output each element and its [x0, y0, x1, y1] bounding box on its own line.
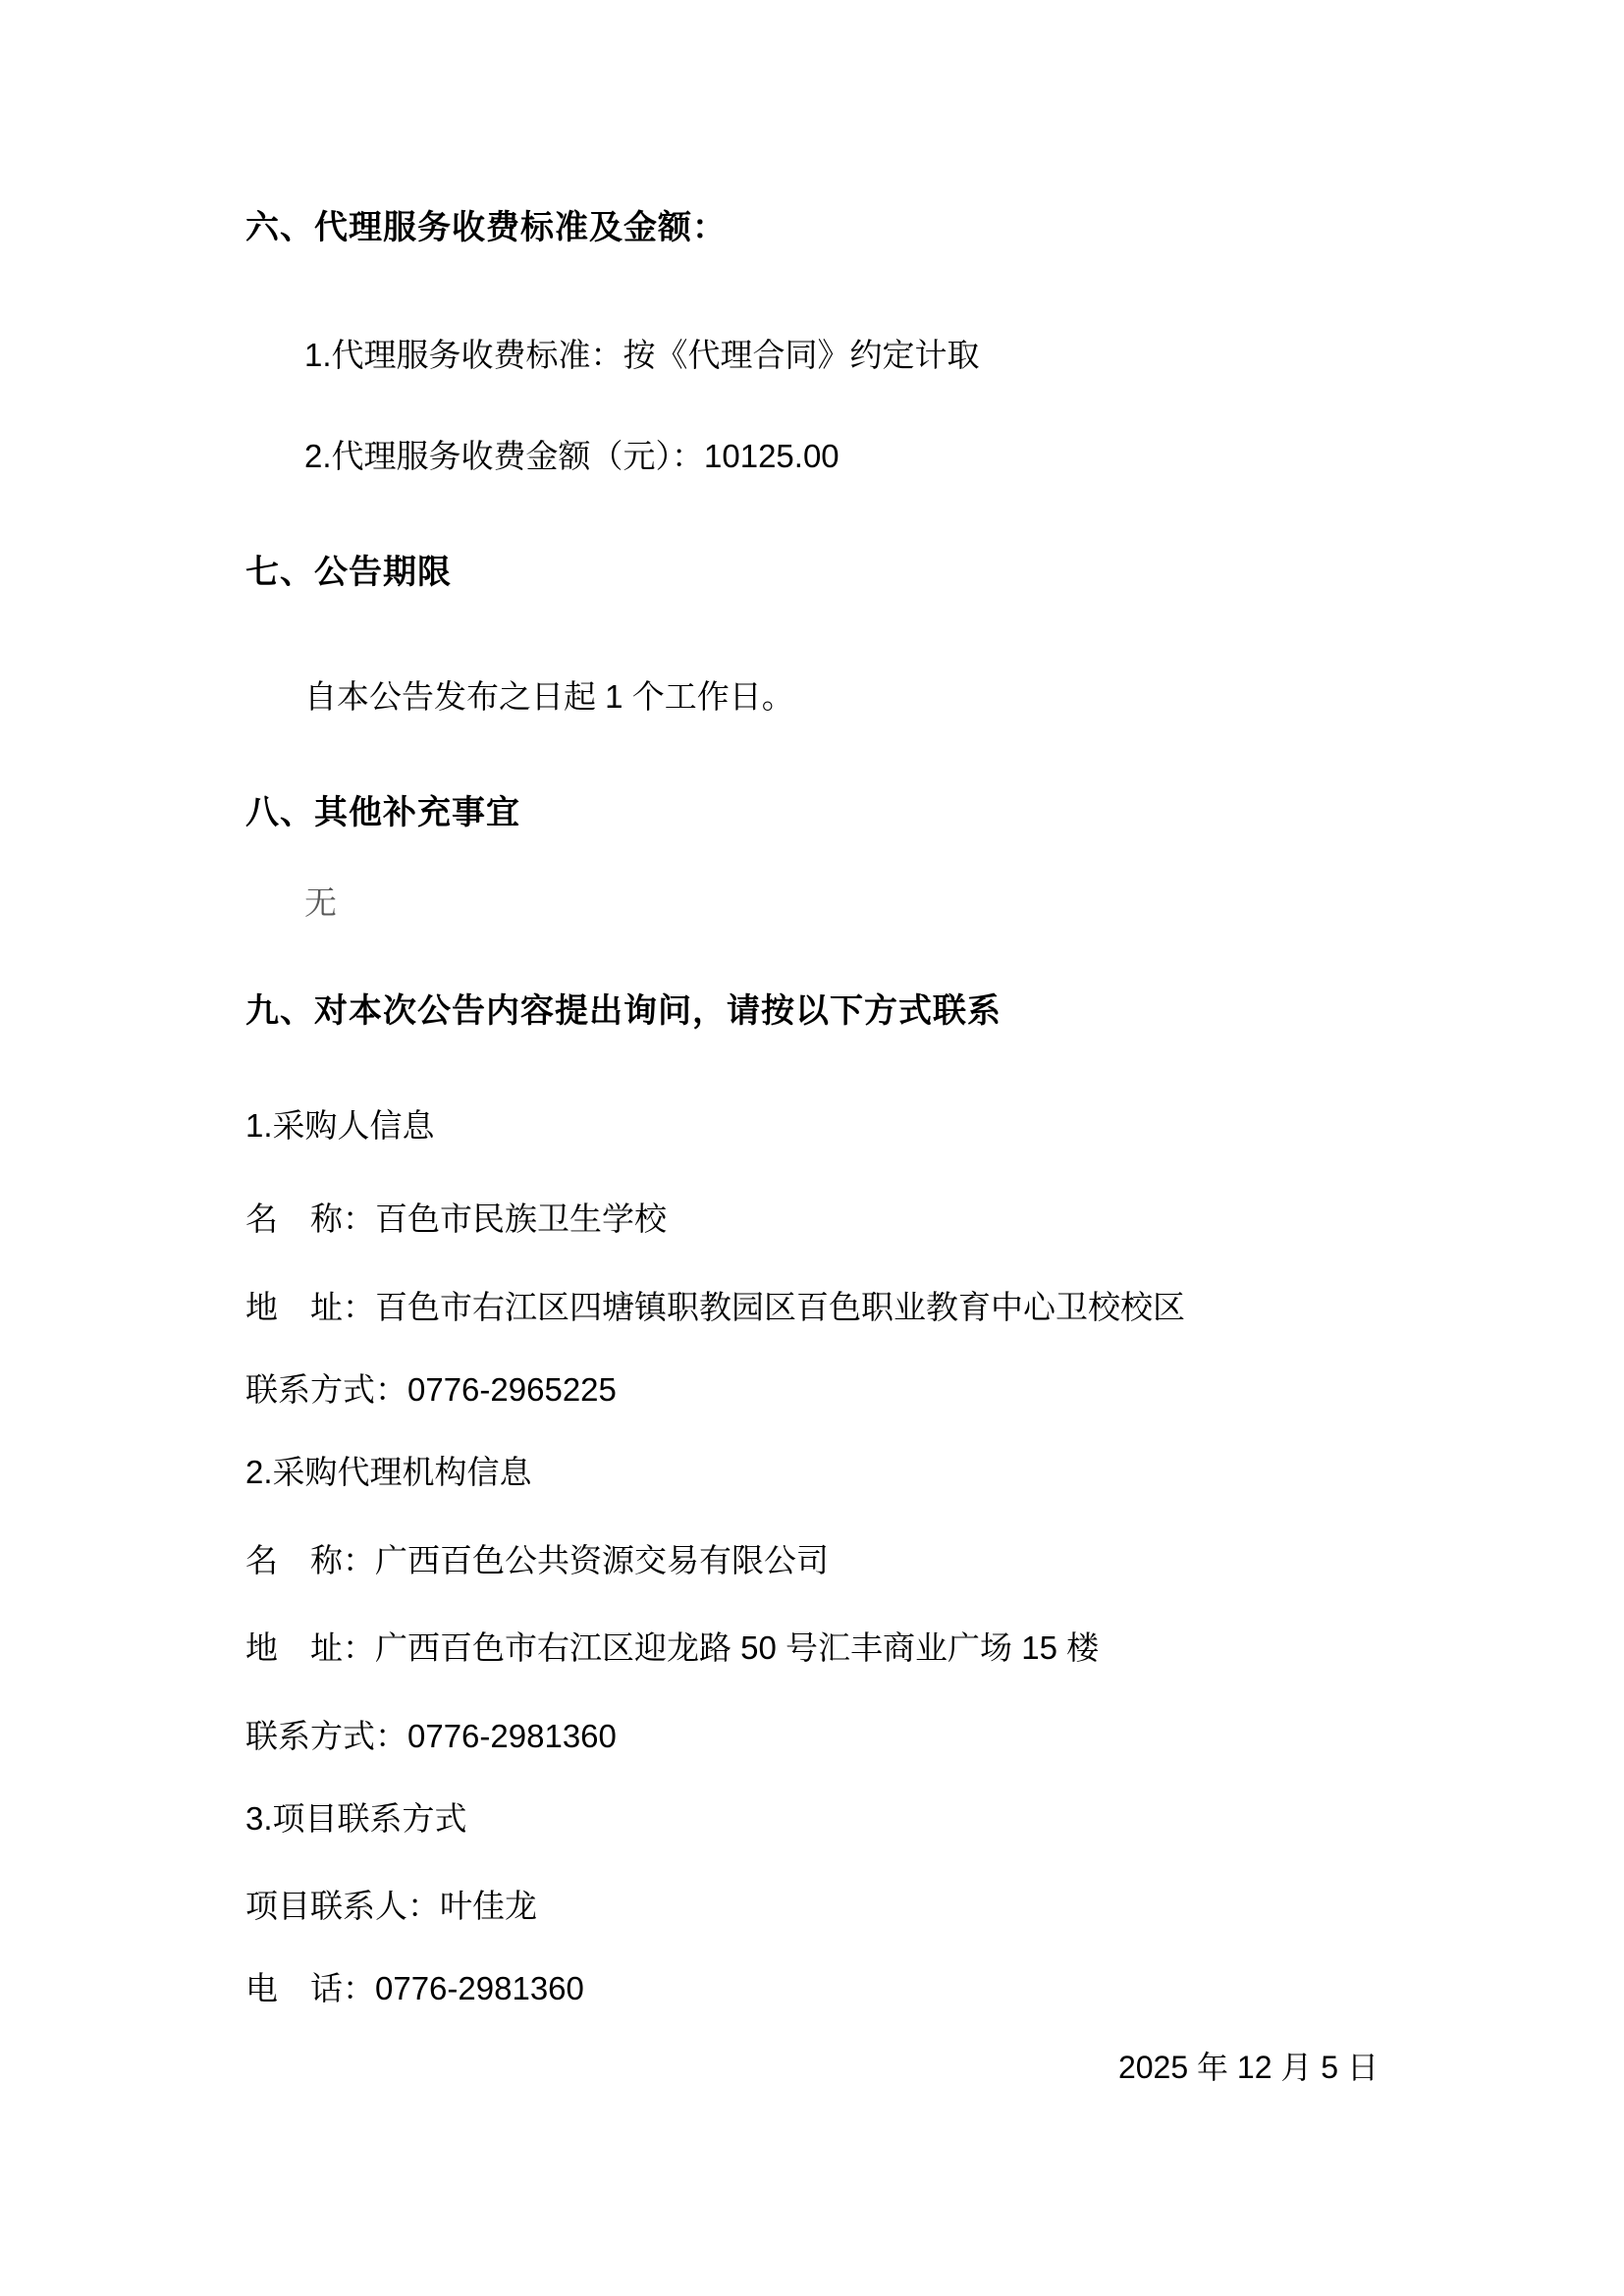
fee-standard-line: 1.代理服务收费标准：按《代理合同》约定计取 — [304, 333, 1443, 378]
agency-name-line: 名 称：广西百色公共资源交易有限公司 — [245, 1538, 1384, 1583]
agency-address-line: 地 址：广西百色市右江区迎龙路 50 号汇丰商业广场 15 楼 — [245, 1626, 1384, 1671]
purchaser-name-line: 名 称：百色市民族卫生学校 — [245, 1197, 1384, 1242]
project-phone-line: 电 话：0776-2981360 — [245, 1966, 1384, 2011]
other-matters-value: 无 — [304, 881, 1443, 926]
section-6-heading: 六、代理服务收费标准及金额： — [245, 205, 1384, 250]
purchaser-address-line: 地 址：百色市右江区四塘镇职教园区百色职业教育中心卫校校区 — [245, 1285, 1384, 1330]
agency-info-title: 2.采购代理机构信息 — [245, 1450, 1384, 1495]
date-line: 2025 年 12 月 5 日 — [245, 2045, 1379, 2090]
agency-phone-line: 联系方式：0776-2981360 — [245, 1714, 1384, 1759]
purchaser-phone-line: 联系方式：0776-2965225 — [245, 1367, 1384, 1413]
project-contact-title: 3.项目联系方式 — [245, 1796, 1384, 1842]
section-7-heading: 七、公告期限 — [245, 550, 1384, 595]
project-contact-person-line: 项目联系人：叶佳龙 — [245, 1884, 1384, 1929]
section-9-heading: 九、对本次公告内容提出询问，请按以下方式联系 — [245, 988, 1384, 1034]
fee-amount-line: 2.代理服务收费金额（元）：10125.00 — [304, 434, 1443, 479]
document-page: 六、代理服务收费标准及金额： 1.代理服务收费标准：按《代理合同》约定计取 2.… — [0, 0, 1624, 2296]
purchaser-info-title: 1.采购人信息 — [245, 1103, 1384, 1148]
section-8-heading: 八、其他补充事宜 — [245, 790, 1384, 835]
announcement-period-line: 自本公告发布之日起 1 个工作日。 — [304, 674, 1443, 720]
